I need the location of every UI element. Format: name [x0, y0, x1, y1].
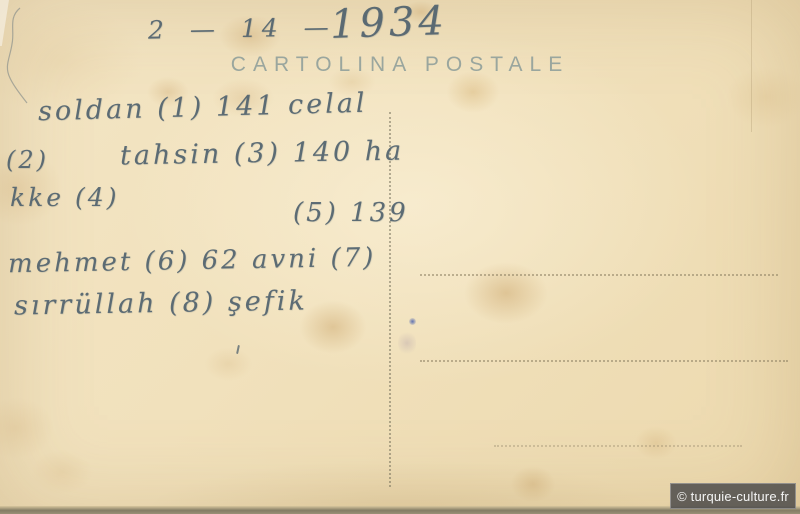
handwriting-line-5: sırrüllah (8) şefik [14, 285, 308, 321]
address-line-3 [494, 445, 742, 447]
address-line-2 [420, 360, 788, 362]
handwriting-line-4: mehmet (6) 62 avni (7) [8, 243, 377, 279]
handwritten-date-year: 1934 [329, 0, 448, 48]
handwriting-line-2-left: (2) [6, 146, 49, 174]
pencil-squiggle-mark [2, 6, 34, 106]
handwriting-line-3-left: kke (4) [10, 183, 119, 212]
handwriting-line-2-main: tahsin (3) 140 ha [120, 136, 405, 172]
handwriting-line-3-right: (5) 139 [293, 198, 409, 228]
paper-crease [751, 0, 752, 132]
address-line-1 [420, 274, 778, 276]
postcard-center-divider [389, 112, 391, 487]
postcard-title: CARTOLINA POSTALE [150, 53, 650, 77]
ink-smudge [398, 330, 416, 356]
site-watermark: © turquie-culture.fr [670, 483, 796, 509]
blue-ink-dot [409, 318, 416, 325]
postcard-scan: CARTOLINA POSTALE 2 — 14 — 1934 soldan (… [0, 0, 800, 514]
handwritten-date-prefix: 2 — 14 — [148, 12, 334, 44]
